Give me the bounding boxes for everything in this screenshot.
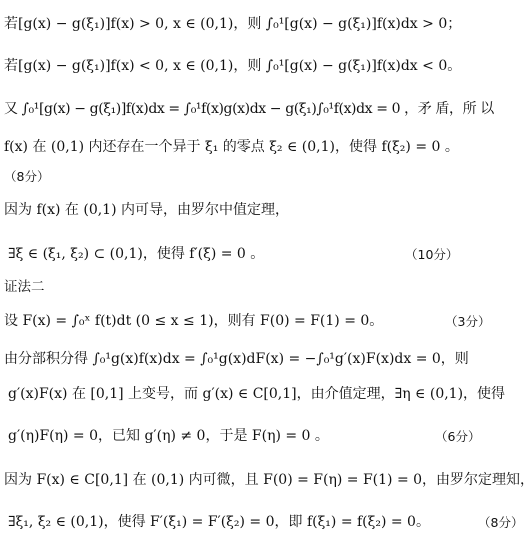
- score-3: （3分）: [445, 312, 490, 330]
- score-6: （6分）: [435, 427, 480, 445]
- proof-line-12: ∃ξ₁, ξ₂ ∈ (0,1)，使得 F′(ξ₁) = F′(ξ₂) = 0，即…: [8, 512, 430, 532]
- score-8-a: （8分）: [4, 167, 49, 187]
- proof-line-6: ∃ξ ∈ (ξ₁, ξ₂) ⊂ (0,1)，使得 f′(ξ) = 0 。: [8, 244, 264, 264]
- proof-line-8: 由分部积分得 ∫₀¹g(x)f(x)dx = ∫₀¹g(x)dF(x) = −∫…: [4, 349, 469, 369]
- proof-line-2: 若[g(x) − g(ξ₁)]f(x) < 0, x ∈ (0,1)，则 ∫₀¹…: [4, 56, 461, 76]
- proof-line-3: 又 ∫₀¹[g(x) − g(ξ₁)]f(x)dx = ∫₀¹f(x)g(x)d…: [4, 99, 494, 119]
- proof-line-7: 设 F(x) = ∫₀ˣ f(t)dt (0 ≤ x ≤ 1)，则有 F(0) …: [4, 311, 383, 331]
- section-heading-method-two: 证法二: [4, 277, 45, 297]
- proof-line-10: g′(η)F(η) = 0，已知 g′(η) ≠ 0，于是 F(η) = 0 。: [8, 426, 329, 446]
- proof-line-11: 因为 F(x) ∈ C[0,1] 在 (0,1) 内可微，且 F(0) = F(…: [4, 470, 527, 490]
- score-8-b: （8分）: [478, 513, 523, 531]
- proof-line-1: 若[g(x) − g(ξ₁)]f(x) > 0, x ∈ (0,1)，则 ∫₀¹…: [4, 14, 461, 34]
- score-10: （10分）: [405, 245, 458, 263]
- proof-line-5: 因为 f(x) 在 (0,1) 内可导，由罗尔中值定理，: [4, 200, 289, 220]
- proof-line-9: g′(x)F(x) 在 [0,1] 上变号，而 g′(x) ∈ C[0,1]，由…: [8, 384, 505, 404]
- proof-line-4: f(x) 在 (0,1) 内还存在一个异于 ξ₁ 的零点 ξ₂ ∈ (0,1)，…: [4, 137, 459, 157]
